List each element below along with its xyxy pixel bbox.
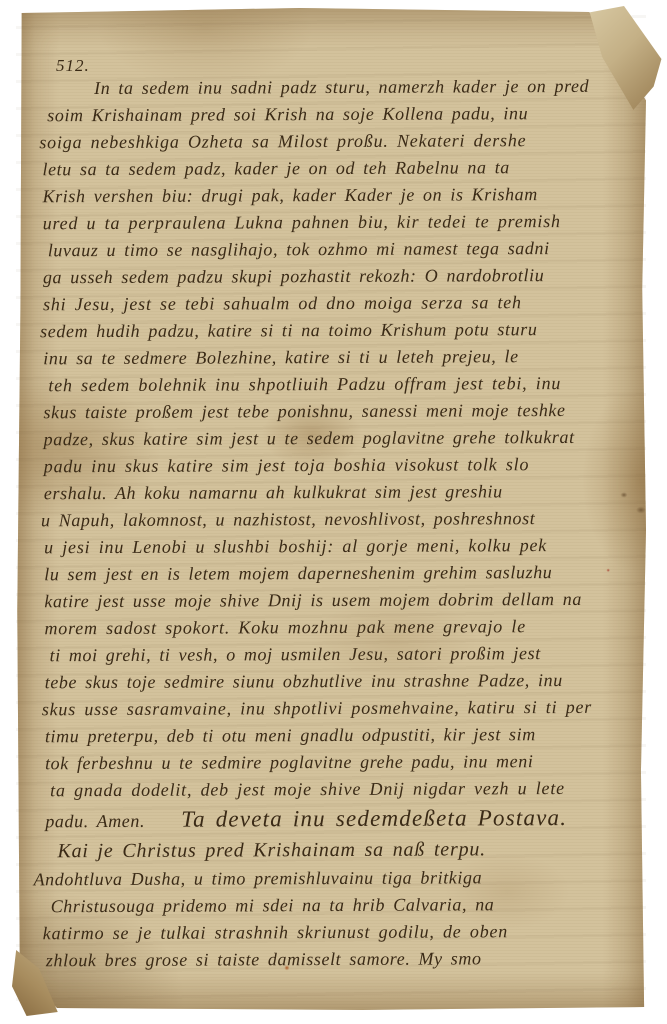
manuscript-line: soim Krishainam pred soi Krish na soje K… bbox=[47, 100, 628, 130]
manuscript-line: In ta sedem inu sadni padz sturu, namerz… bbox=[42, 73, 628, 103]
manuscript-line: padu inu skus katire sim jest toja boshi… bbox=[44, 451, 630, 481]
manuscript-line: teh sedem bolehnik inu shpotliuih Padzu … bbox=[48, 370, 629, 400]
manuscript-line: timu preterpu, deb ti otu meni gnadlu od… bbox=[45, 721, 631, 751]
manuscript-line: tok ferbeshnu u te sedmire poglavitne gr… bbox=[45, 748, 631, 778]
manuscript-page: 512. In ta sedem inu sadni padz sturu, n… bbox=[16, 8, 646, 1012]
manuscript-line: ta gnada dodelit, deb jest moje shive Dn… bbox=[50, 775, 631, 805]
manuscript-line: letu sa ta sedem padz, kader je on od te… bbox=[42, 154, 628, 184]
manuscript-line: ga usseh sedem padzu skupi pozhastit rek… bbox=[43, 262, 629, 292]
manuscript-line: tebe skus toje sedmire siunu obzhutlive … bbox=[45, 667, 631, 697]
manuscript-line: shi Jesu, jest se tebi sahualm od dno mo… bbox=[43, 289, 629, 319]
manuscript-line: katirmo se je tulkai strashnih skriunust… bbox=[43, 918, 632, 948]
manuscript-line: skus usse sasramvaine, inu shpotlivi pos… bbox=[42, 694, 631, 724]
manuscript-line: ershalu. Ah koku namarnu ah kulkukrat si… bbox=[44, 478, 630, 508]
manuscript-line: ti moi grehi, ti vesh, o moj usmilen Jes… bbox=[50, 640, 631, 670]
scan-background: 512. In ta sedem inu sadni padz sturu, n… bbox=[0, 0, 667, 1024]
paragraph-2: Andohtluva Dusha, u timo premishluvainu … bbox=[45, 864, 631, 975]
manuscript-line: u Napuh, lakomnost, u nazhistost, nevosh… bbox=[41, 505, 630, 535]
manuscript-text: In ta sedem inu sadni padz sturu, namerz… bbox=[42, 73, 632, 975]
manuscript-line: morem sadost spokort. Koku mozhnu pak me… bbox=[44, 613, 630, 643]
manuscript-line: padze, skus katire sim jest u te sedem p… bbox=[44, 424, 630, 454]
section-subheading: Kai je Christus pred Krishainam sa naß t… bbox=[57, 834, 631, 867]
manuscript-line: zhlouk bres grose si taiste damisselt sa… bbox=[46, 945, 632, 975]
manuscript-line: lu sem jest en is letem mojem daperneshe… bbox=[44, 559, 630, 589]
manuscript-line: inu sa te sedmere Bolezhine, katire si t… bbox=[43, 343, 629, 373]
manuscript-line: u jesi inu Lenobi u slushbi boshij: al g… bbox=[44, 532, 630, 562]
manuscript-line: katire jest usse moje shive Dnij is usem… bbox=[44, 586, 630, 616]
manuscript-line: Christusouga pridemo mi sdei na ta hrib … bbox=[51, 891, 632, 921]
manuscript-line: ured u ta perpraulena Lukna pahnen biu, … bbox=[43, 208, 629, 238]
paragraph-1: In ta sedem inu sadni padz sturu, namerz… bbox=[42, 73, 631, 805]
manuscript-line: luvauz u timo se nasglihajo, tok ozhmo m… bbox=[48, 235, 629, 265]
manuscript-line: soiga nebeshkiga Ozheta sa Milost proßu.… bbox=[39, 127, 628, 157]
paragraph-end-text: padu. Amen. bbox=[45, 811, 145, 831]
manuscript-line: Krish vershen biu: drugi pak, kader Kade… bbox=[43, 181, 629, 211]
heading-line: padu. Amen. Ta deveta inu sedemdeßeta Po… bbox=[45, 802, 631, 837]
section-heading: Ta deveta inu sedemdeßeta Postava. bbox=[181, 805, 567, 832]
manuscript-line: sedem hudih padzu, katire si ti na toimo… bbox=[40, 316, 629, 346]
manuscript-line: skus taiste proßem jest tebe ponishnu, s… bbox=[43, 397, 629, 427]
manuscript-line: Andohtluva Dusha, u timo premishluvainu … bbox=[33, 864, 631, 894]
page-number: 512. bbox=[56, 56, 90, 76]
